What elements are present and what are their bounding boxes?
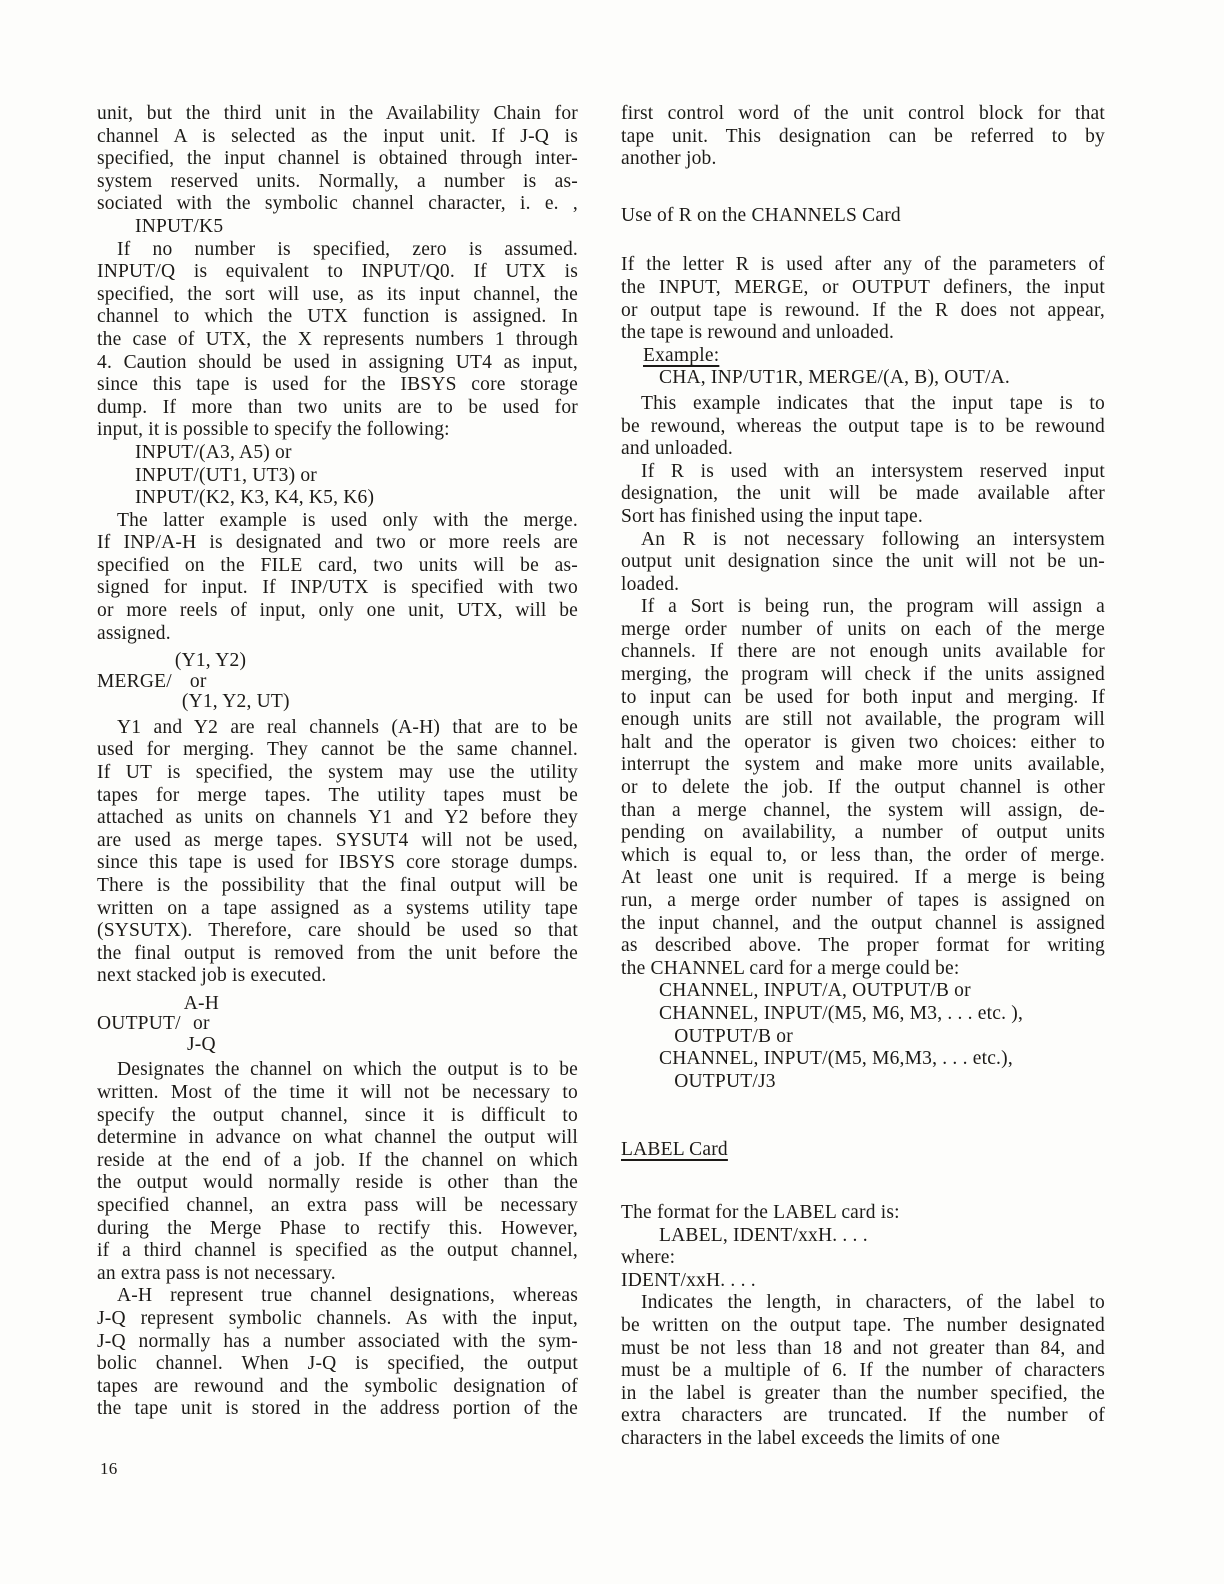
text-line: the tape is rewound and unloaded. (621, 322, 1105, 345)
paragraph: This example indicates that the input ta… (621, 393, 1105, 461)
text-line: sociated with the symbolic channel chara… (97, 193, 578, 216)
text-line: pending on availability, a number of out… (621, 822, 1105, 845)
formula-option: J-Q (187, 1035, 216, 1056)
code-line-group: LABEL, IDENT/xxH. . . . (621, 1225, 1105, 1248)
text-line: If a Sort is being run, the program will… (621, 596, 1105, 619)
text-line: dump. If more than two units are to be u… (97, 397, 578, 420)
text-line: specified channel, an extra pass will be… (97, 1195, 578, 1218)
formula-option-stack: A-H or J-Q (184, 994, 219, 1056)
text-line: If R is used with an intersystem reserve… (621, 461, 1105, 484)
text-line: be rewound, whereas the output tape is t… (621, 416, 1105, 439)
text-line: (SYSUTX). Therefore, care should be used… (97, 920, 578, 943)
text-line: run, a merge order number of tapes is as… (621, 890, 1105, 913)
text-line: If the letter R is used after any of the… (621, 254, 1105, 277)
paragraph: If a Sort is being run, the program will… (621, 596, 1105, 980)
text-line: used for merging. They cannot be the sam… (97, 739, 578, 762)
text-line: J-Q normally has a number associated wit… (97, 1331, 578, 1354)
paragraph: If no number is specified, zero is assum… (97, 239, 578, 442)
paragraph: Y1 and Y2 are real channels (A-H) that a… (97, 717, 578, 988)
text-line: during the Merge Phase to rectify this. … (97, 1218, 578, 1241)
text-line: tape unit. This designation can be refer… (621, 126, 1105, 149)
text-line: CHANNEL, INPUT/(M5, M6, M3, . . . etc. )… (621, 1003, 1105, 1026)
text-line: first control word of the unit control b… (621, 103, 1105, 126)
text-line: system reserved units. Normally, a numbe… (97, 171, 578, 194)
text-line: INPUT/(A3, A5) or (97, 442, 578, 465)
text-line: 4. Caution should be used in assigning U… (97, 352, 578, 375)
text-line: next stacked job is executed. (97, 965, 578, 988)
text-line: another job. (621, 148, 1105, 171)
code-line-group: INPUT/K5 (97, 216, 578, 239)
formula-option: A-H (184, 994, 219, 1015)
text-line: be written on the output tape. The numbe… (621, 1315, 1105, 1338)
text-line: Indicates the length, in characters, of … (621, 1292, 1105, 1315)
text-line: merging, the program will check if the u… (621, 664, 1105, 687)
text-line: specified, the input channel is obtained… (97, 148, 578, 171)
text-line: assigned. (97, 623, 578, 646)
text-line: the INPUT, MERGE, or OUTPUT definers, th… (621, 277, 1105, 300)
paragraph: where: (621, 1247, 1105, 1270)
text-line: Use of R on the CHANNELS Card (621, 205, 1105, 228)
text-line: Sort has finished using the input tape. (621, 506, 1105, 529)
text-line: written on a tape assigned as a systems … (97, 898, 578, 921)
text-line: are used as merge tapes. SYSUT4 will not… (97, 830, 578, 853)
text-line: Y1 and Y2 are real channels (A-H) that a… (97, 717, 578, 740)
text-line: enough units are still not available, th… (621, 709, 1105, 732)
text-line: and unloaded. (621, 438, 1105, 461)
paragraph: IDENT/xxH. . . . (621, 1270, 1105, 1293)
text-line: if a third channel is specified as the o… (97, 1240, 578, 1263)
text-line: in the label is greater than the number … (621, 1383, 1105, 1406)
formula-or: or (193, 1014, 210, 1035)
paragraph: first control word of the unit control b… (621, 103, 1105, 171)
text-line: an extra pass is not necessary. (97, 1263, 578, 1286)
text-line: reside at the end of a job. If the chann… (97, 1150, 578, 1173)
text-line: This example indicates that the input ta… (621, 393, 1105, 416)
text-line: merge order number of units on each of t… (621, 619, 1105, 642)
paragraph: Designates the channel on which the outp… (97, 1059, 578, 1285)
text-line: If UT is specified, the system may use t… (97, 762, 578, 785)
formula-label: MERGE/ (97, 671, 172, 694)
text-line: determine in advance on what channel the… (97, 1127, 578, 1150)
text-line: Example: (643, 345, 1105, 368)
text-line: The latter example is used only with the… (97, 510, 578, 533)
output-parameter-formula: OUTPUT/ A-H or J-Q (97, 994, 578, 1056)
paragraph: If R is used with an intersystem reserve… (621, 461, 1105, 529)
paragraph: An R is not necessary following an inter… (621, 529, 1105, 597)
text-line: channels. If there are not enough units … (621, 641, 1105, 664)
text-line: INPUT/K5 (97, 216, 578, 239)
section-heading: LABEL Card (621, 1139, 1105, 1162)
text-line: as described above. The proper format fo… (621, 935, 1105, 958)
text-line: LABEL, IDENT/xxH. . . . (621, 1225, 1105, 1248)
document-page: unit, but the third unit in the Availabi… (0, 0, 1224, 1584)
paragraph: Indicates the length, in characters, of … (621, 1292, 1105, 1450)
text-line: halt and the operator is given two choic… (621, 732, 1105, 755)
text-line: tapes for merge tapes. The utility tapes… (97, 785, 578, 808)
text-line: Designates the channel on which the outp… (97, 1059, 578, 1082)
text-line: specified on the FILE card, two units wi… (97, 555, 578, 578)
text-line: IDENT/xxH. . . . (621, 1270, 1105, 1293)
text-line: unit, but the third unit in the Availabi… (97, 103, 578, 126)
text-line: tapes are rewound and the symbolic desig… (97, 1376, 578, 1399)
section-heading: Use of R on the CHANNELS Card (621, 205, 1105, 228)
text-line: CHA, INP/UT1R, MERGE/(A, B), OUT/A. (621, 367, 1105, 390)
paragraph: If the letter R is used after any of the… (621, 254, 1105, 344)
text-line: written. Most of the time it will not be… (97, 1082, 578, 1105)
text-line: specified, the sort will use, as its inp… (97, 284, 578, 307)
right-column: first control word of the unit control b… (621, 103, 1105, 1450)
text-line: or to delete the job. If the output chan… (621, 777, 1105, 800)
text-line: to input can be used for both input and … (621, 687, 1105, 710)
page-number: 16 (100, 1458, 117, 1481)
text-line: or output tape is rewound. If the R does… (621, 300, 1105, 323)
merge-parameter-formula: MERGE/ (Y1, Y2) or (Y1, Y2, UT) (97, 651, 578, 713)
text-line: which is equal to, or less than, the ord… (621, 845, 1105, 868)
text-line: since this tape is used for IBSYS core s… (97, 852, 578, 875)
text-line: the final output is removed from the uni… (97, 943, 578, 966)
text-line: bolic channel. When J-Q is specified, th… (97, 1353, 578, 1376)
text-line: since this tape is used for the IBSYS co… (97, 374, 578, 397)
text-line: input, it is possible to specify the fol… (97, 419, 578, 442)
text-line: A-H represent true channel designations,… (97, 1285, 578, 1308)
text-line: must be not less than 18 and not greater… (621, 1338, 1105, 1361)
text-line: signed for input. If INP/UTX is specifie… (97, 577, 578, 600)
text-line: the output would normally reside is othe… (97, 1172, 578, 1195)
formula-option: (Y1, Y2, UT) (175, 692, 290, 713)
text-line: extra characters are truncated. If the n… (621, 1405, 1105, 1428)
text-line: interrupt the system and make more units… (621, 754, 1105, 777)
text-line: If no number is specified, zero is assum… (97, 239, 578, 262)
code-line-group: CHA, INP/UT1R, MERGE/(A, B), OUT/A. (621, 367, 1105, 390)
text-line: CHANNEL, INPUT/(M5, M6,M3, . . . etc.), (621, 1048, 1105, 1071)
text-line: INPUT/(K2, K3, K4, K5, K6) (97, 487, 578, 510)
text-line: INPUT/(UT1, UT3) or (97, 465, 578, 488)
formula-option-stack: (Y1, Y2) or (Y1, Y2, UT) (175, 651, 290, 713)
text-line: INPUT/Q is equivalent to INPUT/Q0. If UT… (97, 261, 578, 284)
text-line: characters in the label exceeds the limi… (621, 1428, 1105, 1451)
text-line: the CHANNEL card for a merge could be: (621, 958, 1105, 981)
paragraph: A-H represent true channel designations,… (97, 1285, 578, 1421)
text-line: the case of UTX, the X represents number… (97, 329, 578, 352)
text-line: the tape unit is stored in the address p… (97, 1398, 578, 1421)
text-line: must be a multiple of 6. If the number o… (621, 1360, 1105, 1383)
text-line: OUTPUT/J3 (621, 1071, 1105, 1094)
left-column: unit, but the third unit in the Availabi… (97, 103, 578, 1421)
text-line: CHANNEL, INPUT/A, OUTPUT/B or (621, 980, 1105, 1003)
text-line: specify the output channel, since it is … (97, 1105, 578, 1128)
text-line: If INP/A-H is designated and two or more… (97, 532, 578, 555)
text-line: channel to which the UTX function is ass… (97, 306, 578, 329)
text-line: attached as units on channels Y1 and Y2 … (97, 807, 578, 830)
text-line: where: (621, 1247, 1105, 1270)
code-line-group: INPUT/(A3, A5) orINPUT/(UT1, UT3) orINPU… (97, 442, 578, 510)
text-line: There is the possibility that the final … (97, 875, 578, 898)
text-line: than a merge channel, the system will as… (621, 800, 1105, 823)
text-line: OUTPUT/B or (621, 1026, 1105, 1049)
example-label: Example: (621, 345, 1105, 368)
paragraph: unit, but the third unit in the Availabi… (97, 103, 578, 216)
paragraph: The latter example is used only with the… (97, 510, 578, 646)
code-line-group: CHANNEL, INPUT/A, OUTPUT/B orCHANNEL, IN… (621, 980, 1105, 1093)
text-line: LABEL Card (621, 1139, 1105, 1162)
text-line: J-Q represent symbolic channels. As with… (97, 1308, 578, 1331)
formula-or: or (175, 672, 207, 693)
text-line: channel A is selected as the input unit.… (97, 126, 578, 149)
formula-option: (Y1, Y2) (175, 651, 246, 672)
text-line: loaded. (621, 574, 1105, 597)
text-line: The format for the LABEL card is: (621, 1202, 1105, 1225)
text-line: output unit designation since the unit w… (621, 551, 1105, 574)
formula-label: OUTPUT/ (97, 1013, 181, 1036)
text-line: the input channel, and the output channe… (621, 913, 1105, 936)
text-line: or more reels of input, only one unit, U… (97, 600, 578, 623)
text-line: At least one unit is required. If a merg… (621, 867, 1105, 890)
paragraph: The format for the LABEL card is: (621, 1202, 1105, 1225)
text-line: designation, the unit will be made avail… (621, 483, 1105, 506)
text-line: An R is not necessary following an inter… (621, 529, 1105, 552)
